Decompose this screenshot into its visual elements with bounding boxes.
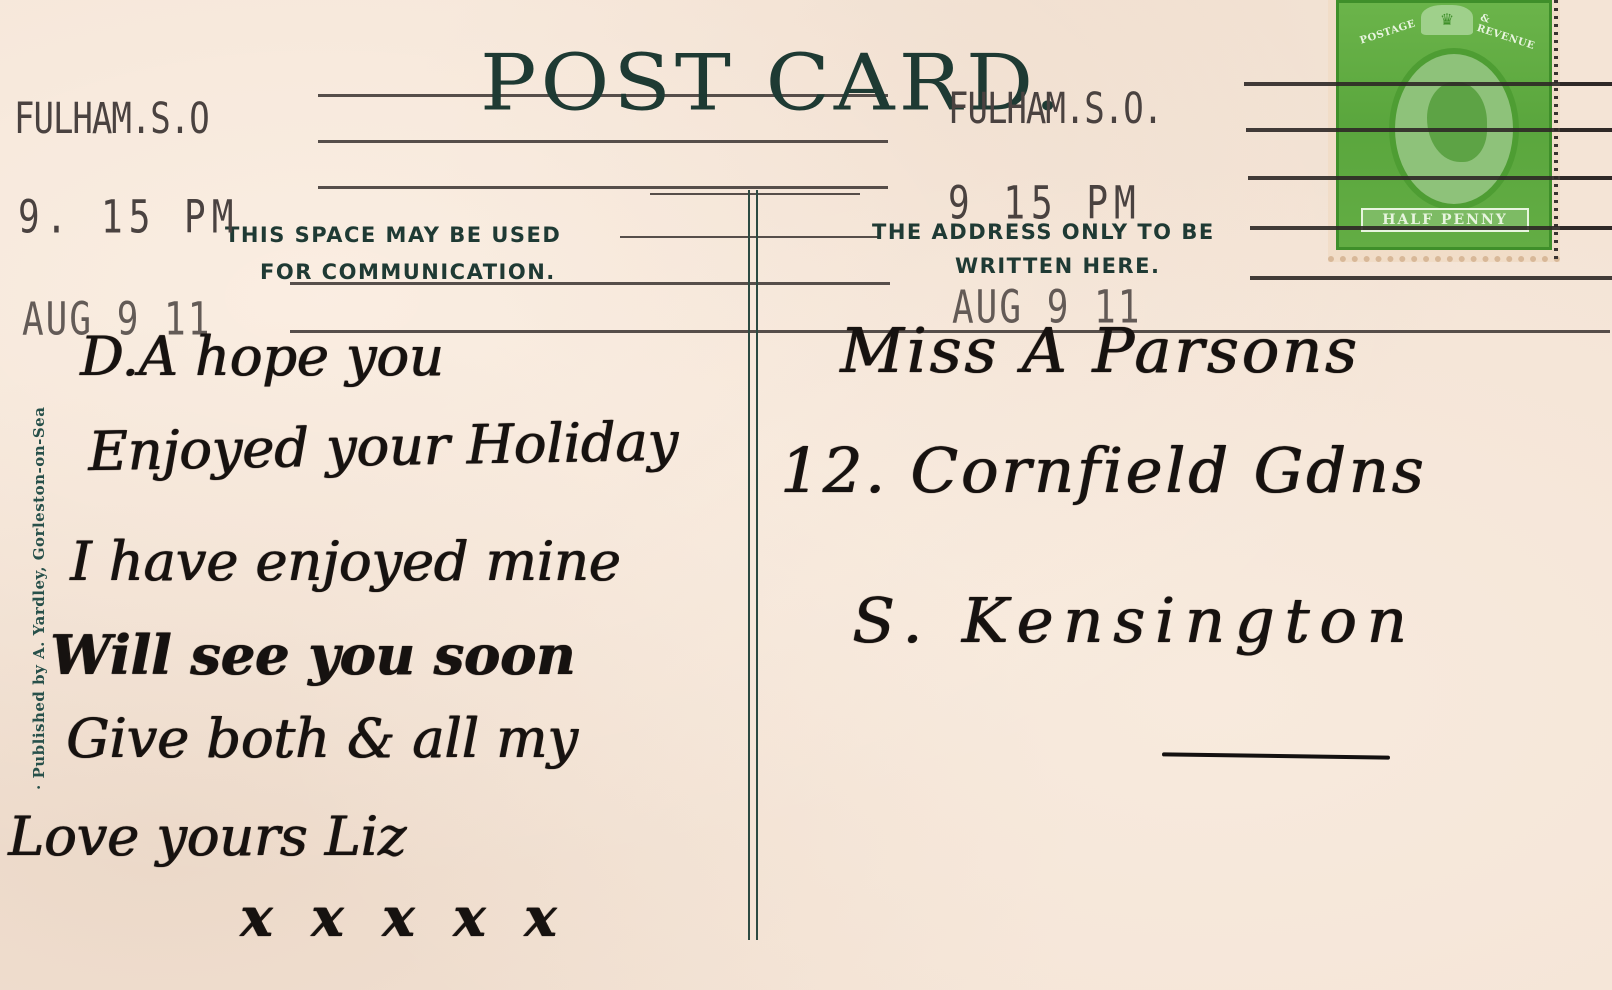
king-portrait-icon [1427, 82, 1487, 162]
address-underline [1162, 752, 1390, 759]
printed-rule [318, 186, 888, 189]
communication-caption-line1: THIS SPACE MAY BE USED [225, 225, 561, 246]
message-line: Give both & all my [66, 712, 578, 766]
postmark-time: 9. 15 PM [18, 196, 239, 241]
communication-caption-line2: FOR COMMUNICATION. [260, 262, 556, 283]
postmark-place: FULHAM.S.O [14, 98, 209, 141]
crown-icon: ♛ [1421, 5, 1473, 35]
cancellation-line [1250, 276, 1612, 280]
stamp-label-postage: POSTAGE [1359, 18, 1417, 46]
postmark-time: 9 15 PM [948, 182, 1142, 227]
cancellation-line [1328, 176, 1612, 180]
message-line: D.A hope you [80, 330, 443, 384]
message-line: Enjoyed your Holiday [88, 415, 679, 479]
address-city: S. Kensington [852, 590, 1416, 652]
address-street: 12. Cornfield Gdns [780, 440, 1426, 502]
kisses: x x x x x [240, 890, 566, 944]
printed-rule [650, 193, 860, 195]
cancellation-line [1328, 82, 1612, 86]
cancellation-line [1328, 226, 1612, 230]
message-line: Will see you soon [50, 628, 575, 682]
message-line: I have enjoyed mine [70, 535, 621, 589]
publisher-imprint: · Published by A. Yardley, Gorleston-on-… [30, 407, 48, 790]
address-recipient: Miss A Parsons [840, 320, 1360, 382]
message-line: Love yours Liz [8, 810, 406, 864]
cancellation-line [1328, 128, 1612, 132]
postmark-place: FULHAM.S.O. [948, 88, 1162, 131]
postcard-back: POST CARD. THIS SPACE MAY BE USED FOR CO… [0, 0, 1612, 990]
center-divider [756, 190, 758, 940]
center-divider [748, 190, 750, 940]
address-caption-line2: WRITTEN HERE. [955, 256, 1160, 277]
printed-rule [318, 140, 888, 143]
stamp-frame: ♛ POSTAGE & REVENUE HALF PENNY [1336, 0, 1552, 250]
printed-rule [620, 236, 880, 238]
stamp-label-revenue: & REVENUE [1475, 12, 1550, 55]
